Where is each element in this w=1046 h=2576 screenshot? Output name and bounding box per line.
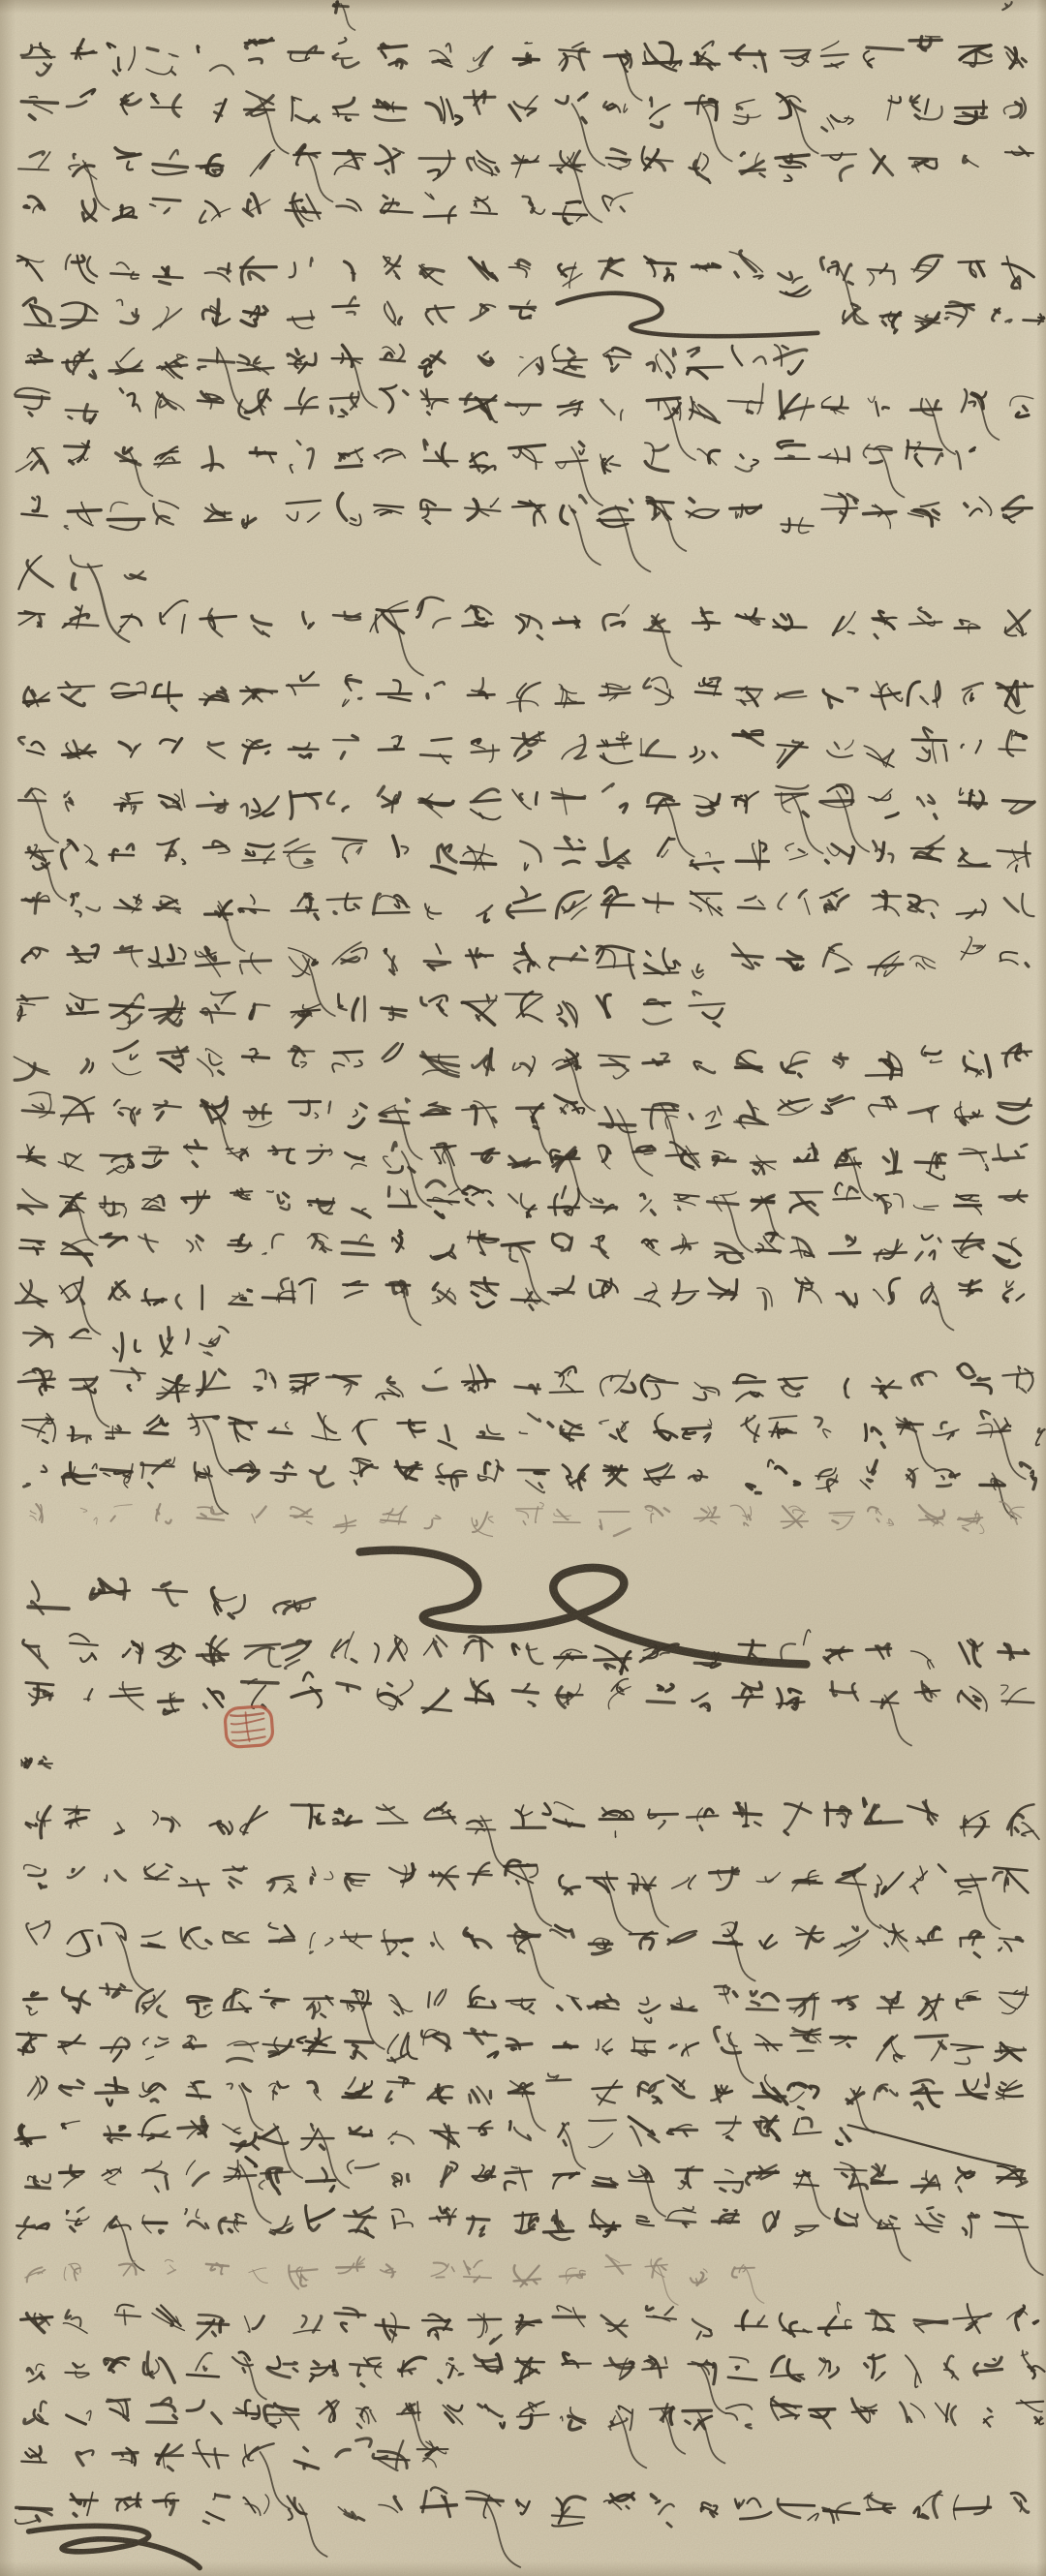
calligraphy-layer	[0, 0, 1046, 2576]
paper-grain-texture	[0, 0, 1046, 2576]
scroll-stage	[0, 0, 1046, 2576]
